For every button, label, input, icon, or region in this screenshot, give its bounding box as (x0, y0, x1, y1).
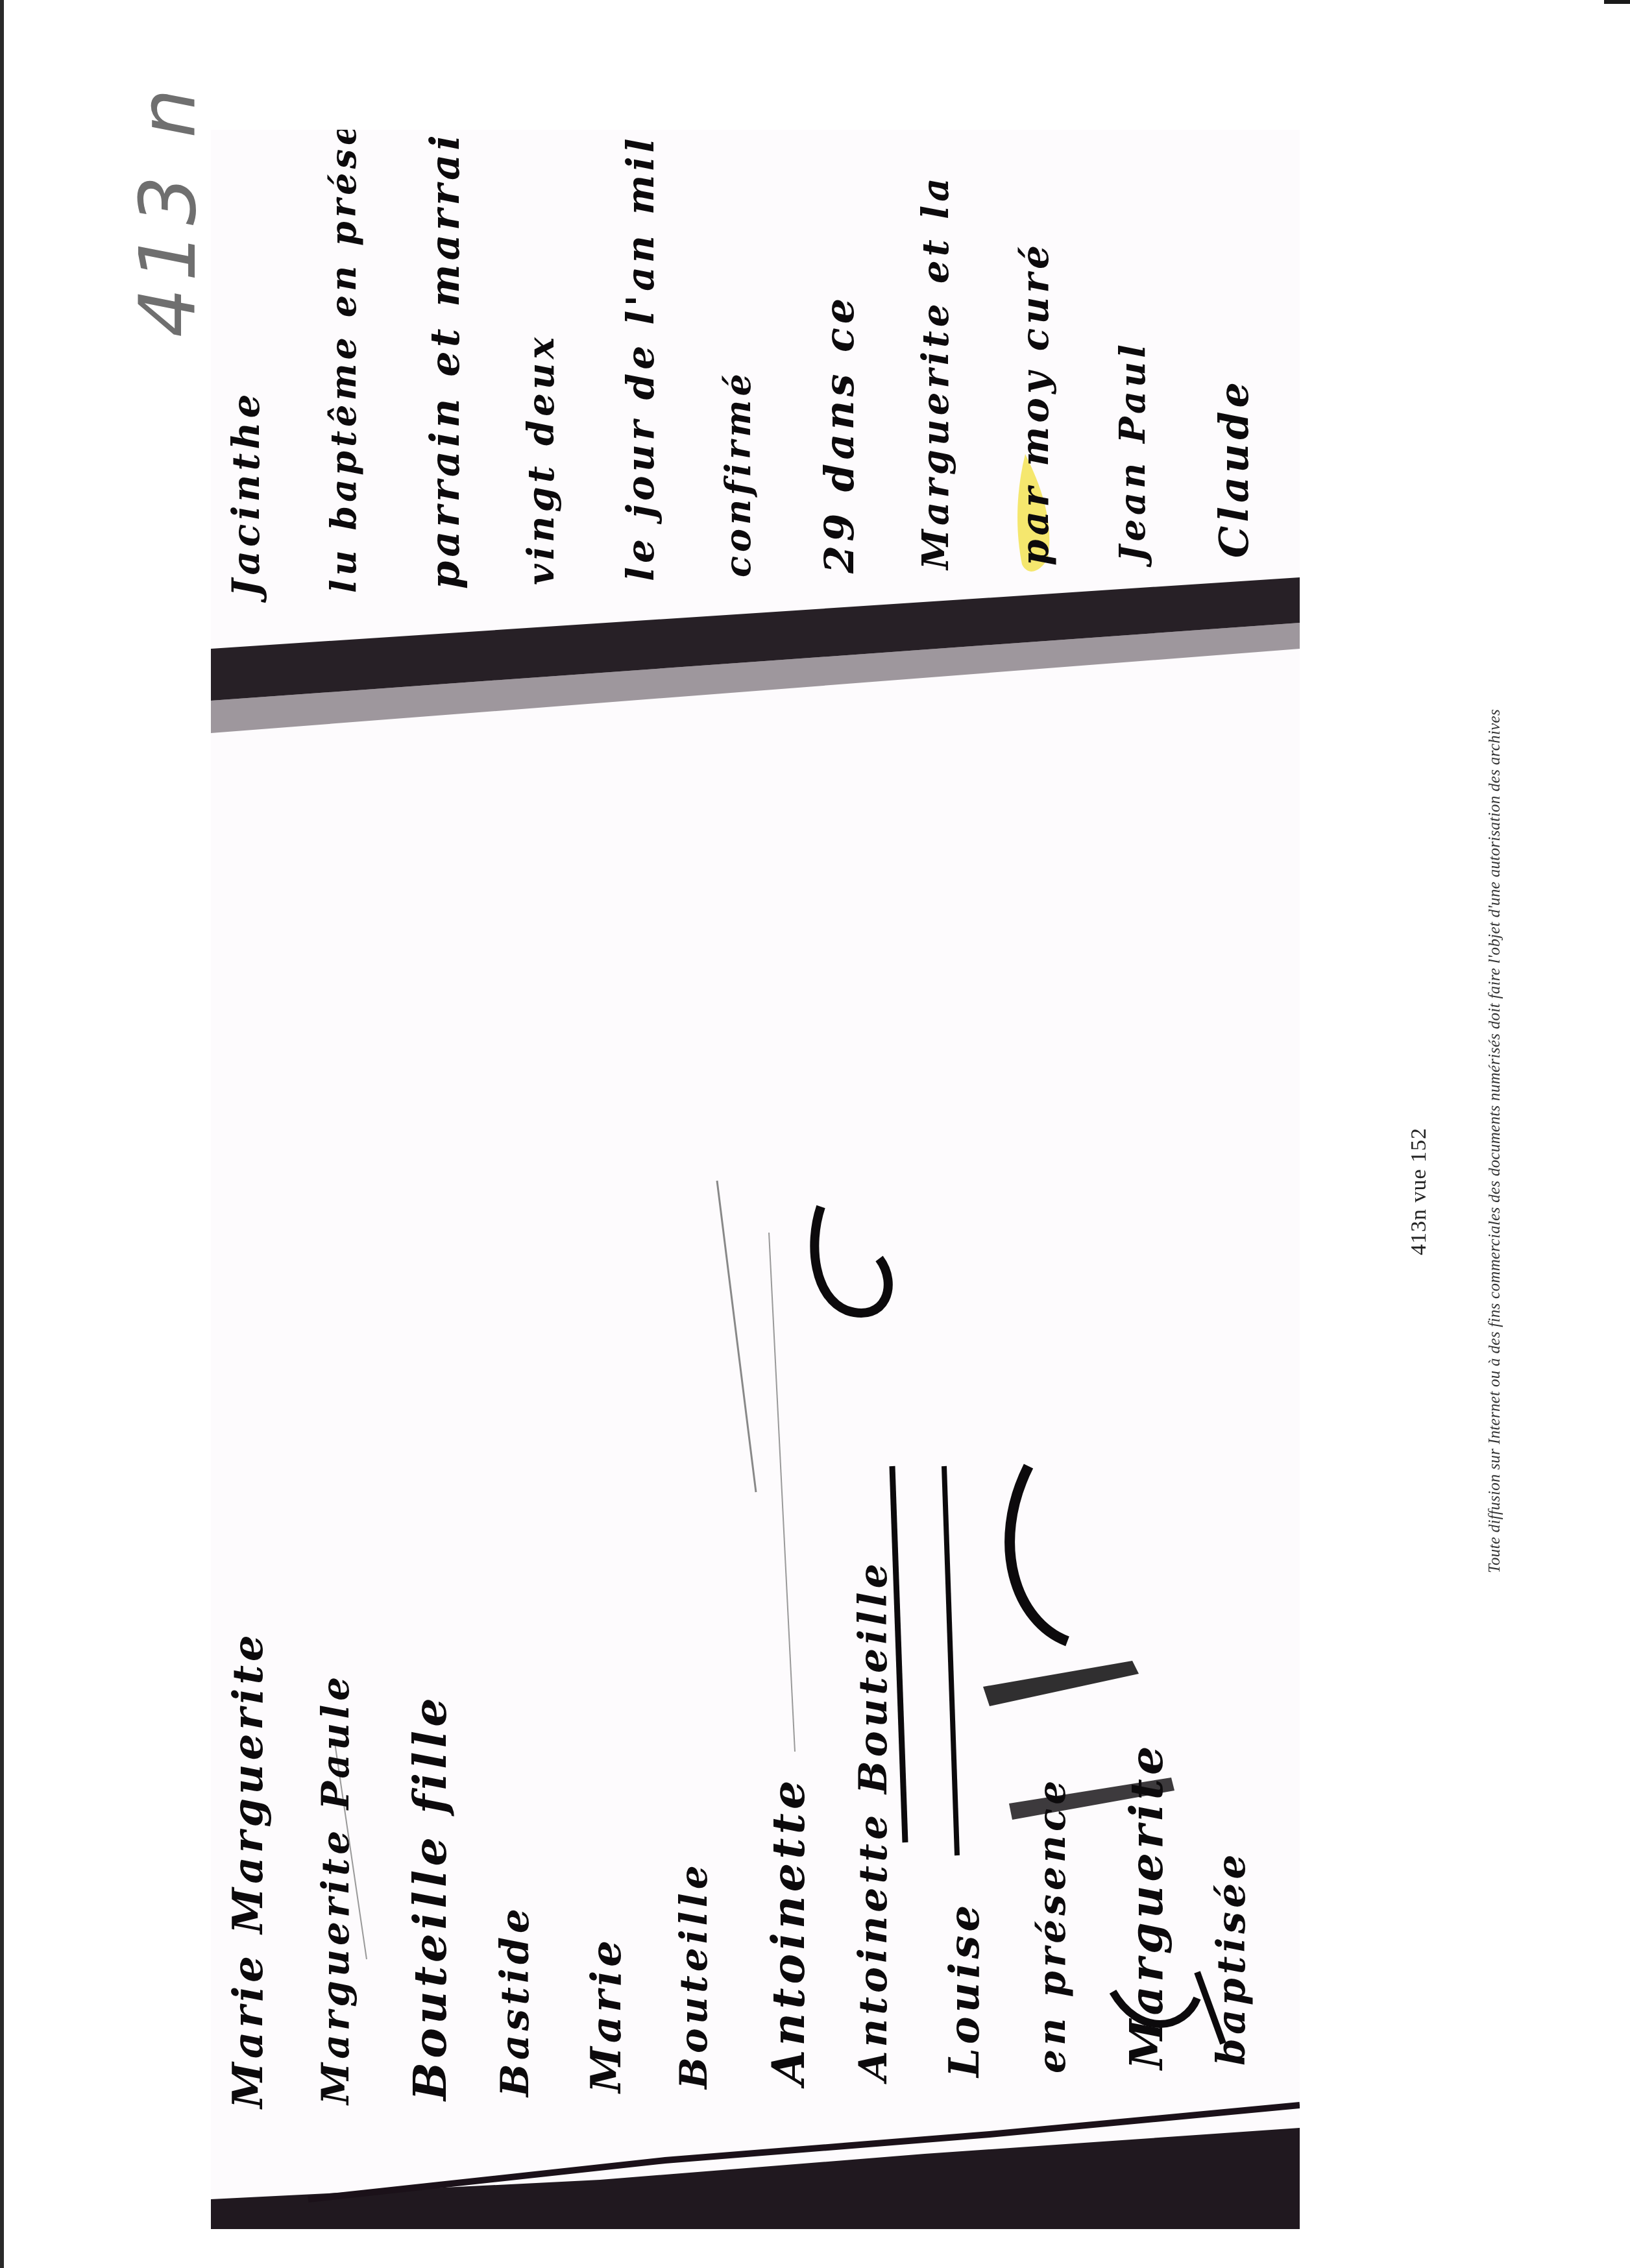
ink-flourish (1010, 1466, 1067, 1641)
manuscript-line: lu baptême en présence de (322, 130, 364, 593)
scanner-border-top (1604, 0, 1630, 4)
manuscript-line: vingt deux (520, 333, 563, 585)
manuscript-line: Claude (1210, 378, 1258, 558)
manuscript-line: Marguerite et la (914, 174, 957, 570)
pencil-folio-annotation: 413 n (123, 82, 213, 337)
manuscript-line: en présence (1030, 1777, 1074, 2073)
scanner-border-left (0, 0, 4, 2268)
manuscript-line: baptisée (1209, 1851, 1254, 2066)
manuscript-line: Jean Paul (1112, 341, 1153, 562)
page-caption: 413n vue 152 (1407, 1128, 1431, 1255)
manuscript-line: Marie (582, 1936, 631, 2093)
pencil-strike-line (717, 1181, 756, 1492)
archive-disclaimer: Toute diffusion sur Internet ou à des fi… (1486, 709, 1504, 1573)
manuscript-line: Jacinthe (224, 391, 268, 597)
ink-flourish (814, 1207, 888, 1313)
manuscript-line: confirmé (717, 370, 759, 577)
manuscript-line: Louise (940, 1901, 989, 2077)
manuscript-line: parrain et marraine (421, 130, 468, 589)
manuscript-line: 29 dans ce (816, 295, 863, 573)
manuscript-line: Antoinette Bouteille (851, 1560, 896, 2081)
manuscript-line: Bouteille (672, 1861, 716, 2089)
ink-flourish (944, 1466, 957, 1855)
pencil-strike-line (769, 1233, 795, 1752)
manuscript-scan: Jacinthelu baptême en présence deparrain… (211, 130, 1300, 2229)
manuscript-line: Marguerite (1119, 1743, 1173, 2069)
manuscript-line: Antoinette (761, 1777, 815, 2085)
manuscript-line: le jour de l'an mil sept cent (618, 130, 663, 581)
ink-signature-block (983, 1661, 1139, 1706)
page-bottom-shadow (211, 2128, 1300, 2229)
manuscript-line: Bouteille fille (403, 1694, 457, 2101)
manuscript-line: Bastide (493, 1905, 538, 2097)
manuscript-line: Marie Marguerite (224, 1631, 273, 2108)
manuscript-line: par moy curé (1013, 241, 1057, 566)
manuscript-line: Marguerite Paule (313, 1673, 358, 2105)
